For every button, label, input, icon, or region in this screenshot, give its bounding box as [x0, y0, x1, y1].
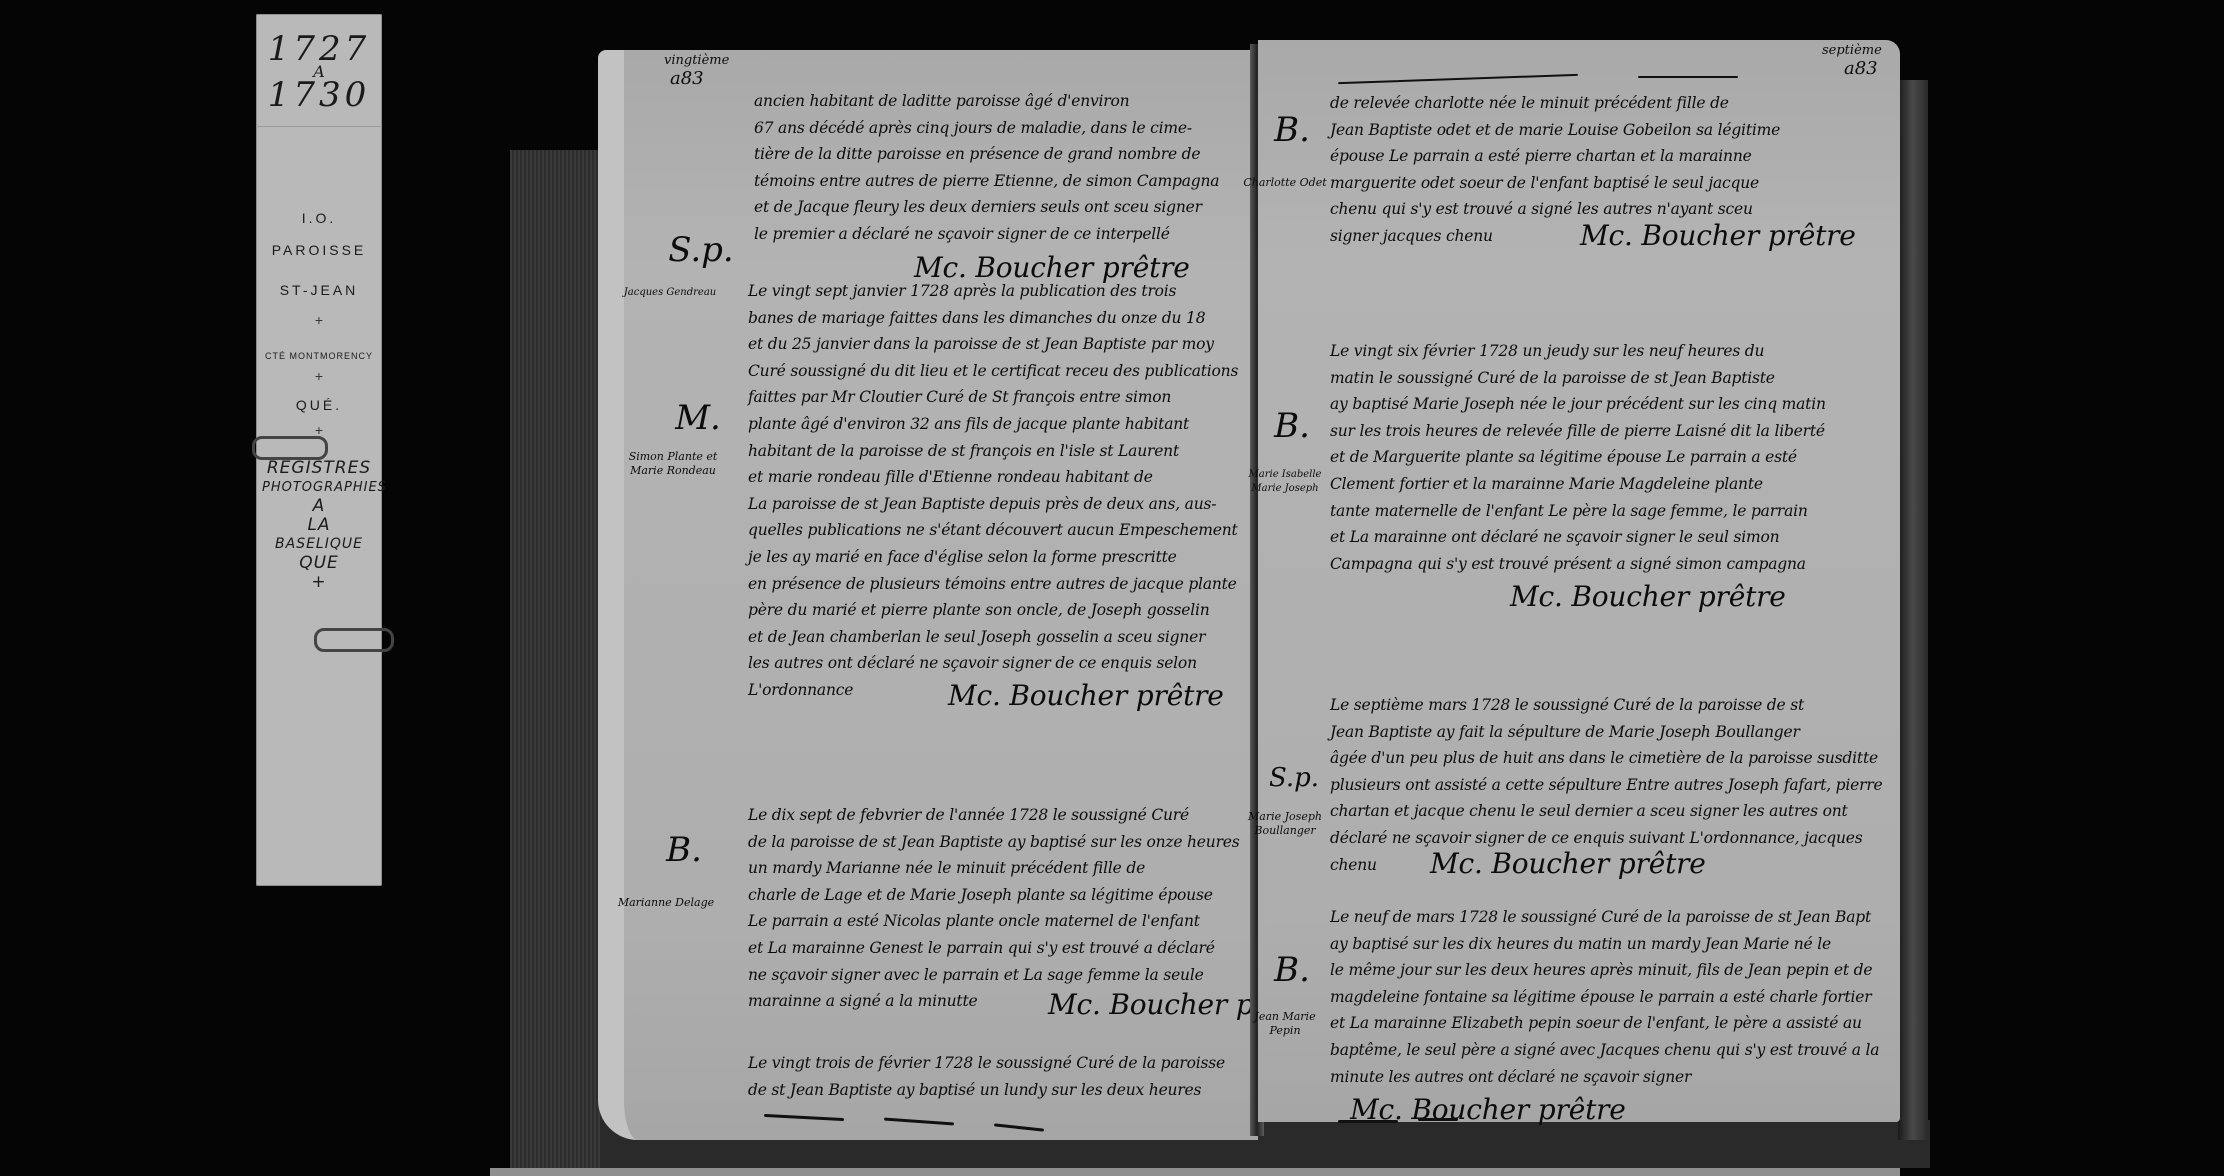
ink-flourish — [1638, 76, 1738, 78]
entry-line: charle de Lage et de Marie Joseph plante… — [748, 882, 1324, 909]
label-handwritten-note: REGISTRES PHOTOGRAPHIES A LA BASELIQUE Q… — [262, 459, 376, 592]
label-separator-icon: + — [256, 312, 382, 328]
margin-note: S.p. — [656, 230, 746, 270]
register-entry: Le septième mars 1728 le soussigné Curé … — [1330, 692, 1883, 884]
register-entry: Le vingt six février 1728 un jeudy sur l… — [1330, 338, 1826, 617]
record-type-code: S.p. — [656, 230, 746, 270]
margin-note: M. — [658, 398, 738, 438]
entry-line: un mardy Marianne née le minuit précéden… — [748, 855, 1324, 882]
label-year-range: 1727 A 1730 — [256, 32, 382, 127]
margin-person-name: Charlotte Odet — [1242, 176, 1328, 190]
register-entry: Le vingt trois de février 1728 le soussi… — [748, 1050, 1225, 1103]
entry-line: Le vingt trois de février 1728 le soussi… — [748, 1050, 1225, 1077]
margin-person-name: Jacques Gendreau — [600, 286, 740, 300]
entry-line: Curé soussigné du dit lieu et le certifi… — [748, 358, 1238, 385]
entry-line: habitant de la paroisse de st françois e… — [748, 438, 1238, 465]
label-note-cross-icon: + — [262, 573, 376, 592]
margin-person-name: Simon Plante et Marie Rondeau — [618, 450, 728, 478]
margin-person-name: Marie Joseph Boullanger — [1242, 810, 1328, 838]
entry-line: de la paroisse de st Jean Baptiste ay ba… — [748, 829, 1324, 856]
entry-line: ancien habitant de laditte paroisse âgé … — [754, 88, 1219, 115]
entry-line: le premier a déclaré ne sçavoir signer d… — [754, 221, 1219, 248]
entry-line: Le dix sept de febvrier de l'année 1728 … — [748, 802, 1324, 829]
entry-line: minute les autres ont déclaré ne sçavoir… — [1330, 1064, 1879, 1091]
book-cover-right — [1898, 80, 1928, 1140]
paperclip-icon — [314, 628, 394, 652]
entry-line: père du marié et pierre plante son oncle… — [748, 597, 1238, 624]
entry-line: en présence de plusieurs témoins entre a… — [748, 571, 1238, 598]
entry-line: les autres ont déclaré ne sçavoir signer… — [748, 650, 1238, 677]
label-separator-icon: + — [256, 368, 382, 384]
label-note-line: BASELIQUE — [262, 535, 376, 554]
record-type-code: B. — [1262, 406, 1322, 446]
margin-note: B. — [1262, 110, 1322, 150]
label-note-line: REGISTRES — [262, 459, 376, 478]
entry-line: âgée d'un peu plus de huit ans dans le c… — [1330, 745, 1883, 772]
entry-line: et La marainne Elizabeth pepin soeur de … — [1330, 1010, 1879, 1037]
register-entry: ancien habitant de laditte paroisse âgé … — [754, 88, 1219, 288]
margin-note: B. — [654, 830, 714, 870]
entry-line: témoins entre autres de pierre Etienne, … — [754, 168, 1219, 195]
entry-line: Le vingt six février 1728 un jeudy sur l… — [1330, 338, 1826, 365]
ink-flourish — [884, 1118, 954, 1126]
entry-line: matin le soussigné Curé de la paroisse d… — [1330, 365, 1826, 392]
entry-line: et La marainne ont déclaré ne sçavoir si… — [1330, 524, 1826, 551]
entry-line: je les ay marié en face d'église selon l… — [748, 544, 1238, 571]
entry-line: Le vingt sept janvier 1728 après la publ… — [748, 278, 1238, 305]
label-note-line: PHOTOGRAPHIES — [262, 478, 376, 497]
folio-number: a83 — [1844, 62, 1878, 76]
entry-line: Campagna qui s'y est trouvé présent a si… — [1330, 551, 1826, 578]
priest-signature: Mc. Boucher prêtre — [1330, 577, 1826, 617]
margin-note: B. — [1262, 406, 1322, 446]
margin-person-name: Marianne Delage — [606, 896, 726, 910]
entry-line: baptême, le seul père a signé avec Jacqu… — [1330, 1037, 1879, 1064]
priest-signature: Mc. Boucher prêtre — [1330, 1090, 1879, 1130]
entry-line: Le septième mars 1728 le soussigné Curé … — [1330, 692, 1883, 719]
entry-line: plante âgé d'environ 32 ans fils de jacq… — [748, 411, 1238, 438]
entry-line: le même jour sur les deux heures après m… — [1330, 957, 1879, 984]
entry-line: Le parrain a esté Nicolas plante oncle m… — [748, 908, 1324, 935]
label-note-line: A — [262, 497, 376, 516]
register-page-left: vingtième a83 S.p. Jacques Gendreau anci… — [598, 50, 1258, 1140]
entry-line: magdeleine fontaine sa légitime épouse l… — [1330, 984, 1879, 1011]
entry-line: et marie rondeau fille d'Etienne rondeau… — [748, 464, 1238, 491]
folio-number: a83 — [670, 72, 704, 86]
entry-line: et La marainne Genest le parrain qui s'y… — [748, 935, 1324, 962]
entry-line: 67 ans décédé après cinq jours de maladi… — [754, 115, 1219, 142]
folio-label: vingtième — [664, 54, 729, 68]
entry-line: de st Jean Baptiste ay baptisé un lundy … — [748, 1077, 1225, 1104]
label-year-end: 1730 — [268, 75, 371, 115]
ink-flourish — [1338, 1120, 1398, 1123]
microfilm-bottom-strip — [490, 1168, 1900, 1176]
label-note-line: LA — [262, 516, 376, 535]
register-page-right: septième a83 B. Charlotte Odet de relevé… — [1258, 40, 1900, 1122]
entry-line: Jean Baptiste odet et de marie Louise Go… — [1330, 117, 1856, 144]
entry-line: et du 25 janvier dans la paroisse de st … — [748, 331, 1238, 358]
record-type-code: M. — [658, 398, 738, 438]
entry-line: ay baptisé Marie Joseph née le jour préc… — [1330, 391, 1826, 418]
folio-label: septième — [1822, 44, 1882, 58]
entry-line: sur les trois heures de relevée fille de… — [1330, 418, 1826, 445]
register-entry: Le dix sept de febvrier de l'année 1728 … — [748, 802, 1324, 1025]
register-entry: Le vingt sept janvier 1728 après la publ… — [748, 278, 1238, 716]
record-type-code: B. — [654, 830, 714, 870]
margin-person-name: Marie Isabelle Marie Joseph — [1242, 468, 1328, 496]
label-parish: PAROISSE — [256, 242, 382, 258]
archival-label-card: 1727 A 1730 I.O. PAROISSE ST-JEAN + CTÉ … — [256, 14, 382, 886]
record-type-code: B. — [1262, 950, 1322, 990]
entry-line: épouse Le parrain a esté pierre chartan … — [1330, 143, 1856, 170]
entry-line: Clement fortier et la marainne Marie Mag… — [1330, 471, 1826, 498]
entry-line: tière de la ditte paroisse en présence d… — [754, 141, 1219, 168]
margin-note: S.p. — [1264, 758, 1324, 798]
label-county: CTÉ MONTMORENCY — [256, 351, 382, 361]
label-province: QUÉ. — [256, 397, 382, 413]
entry-line: tante maternelle de l'enfant Le père la … — [1330, 498, 1826, 525]
register-entry: de relevée charlotte née le minuit précé… — [1330, 90, 1856, 256]
entry-line: La paroisse de st Jean Baptiste depuis p… — [748, 491, 1238, 518]
entry-line: Jean Baptiste ay fait la sépulture de Ma… — [1330, 719, 1883, 746]
record-type-code: B. — [1262, 110, 1322, 150]
paperclip-icon — [252, 436, 328, 460]
entry-line: et de Marguerite plante sa légitime épou… — [1330, 444, 1826, 471]
entry-line: chartan et jacque chenu le seul dernier … — [1330, 798, 1883, 825]
book-cover-left — [510, 150, 610, 1176]
ink-flourish — [1418, 1118, 1458, 1121]
register-entry: Le neuf de mars 1728 le soussigné Curé d… — [1330, 904, 1879, 1130]
entry-line: et de Jean chamberlan le seul Joseph gos… — [748, 624, 1238, 651]
entry-line: banes de mariage faittes dans les dimanc… — [748, 305, 1238, 332]
ink-flourish — [1338, 74, 1578, 84]
record-type-code: S.p. — [1264, 758, 1324, 798]
entry-line: plusieurs ont assisté a cette sépulture … — [1330, 772, 1883, 799]
ink-flourish — [764, 1114, 844, 1121]
entry-line: Le neuf de mars 1728 le soussigné Curé d… — [1330, 904, 1879, 931]
margin-note: B. — [1262, 950, 1322, 990]
entry-line: faittes par Mr Cloutier Curé de St franç… — [748, 384, 1238, 411]
entry-line: et de Jacque fleury les deux derniers se… — [754, 194, 1219, 221]
margin-person-name: Jean Marie Pepin — [1242, 1010, 1328, 1038]
entry-line: de relevée charlotte née le minuit précé… — [1330, 90, 1856, 117]
label-note-line: QUE — [262, 554, 376, 573]
entry-line: quelles publications ne s'étant découver… — [748, 517, 1238, 544]
entry-line: ay baptisé sur les dix heures du matin u… — [1330, 931, 1879, 958]
entry-line: marguerite odet soeur de l'enfant baptis… — [1330, 170, 1856, 197]
ink-flourish — [994, 1123, 1044, 1131]
label-saint: ST-JEAN — [256, 282, 382, 298]
label-code: I.O. — [256, 210, 382, 226]
